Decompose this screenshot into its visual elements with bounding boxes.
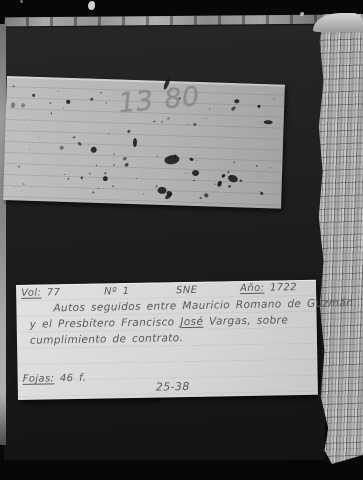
ink-speck bbox=[193, 180, 195, 182]
ink-speck bbox=[214, 184, 215, 185]
card-body-line3: cumplimiento de contrato. bbox=[30, 332, 184, 347]
card-body-line2-name: José bbox=[180, 316, 203, 328]
ink-speck bbox=[80, 176, 83, 179]
card-body-line2-post: Vargas, sobre bbox=[209, 314, 288, 327]
ink-speck bbox=[63, 108, 64, 109]
ink-speck bbox=[103, 176, 108, 181]
volume-value: 77 bbox=[47, 287, 61, 298]
number-field: Nº 1 bbox=[104, 286, 130, 297]
ink-speck bbox=[133, 138, 137, 147]
ink-speck bbox=[234, 99, 239, 103]
ink-speck bbox=[89, 172, 91, 174]
ink-speck bbox=[64, 174, 66, 176]
ink-speck bbox=[22, 184, 24, 186]
ink-speck bbox=[239, 180, 242, 182]
ink-speck bbox=[185, 172, 187, 174]
ink-speck bbox=[228, 184, 231, 187]
fojas-label: Fojas: bbox=[23, 373, 55, 385]
ink-speck bbox=[261, 192, 264, 195]
ink-speck bbox=[227, 171, 230, 174]
ink-speck bbox=[13, 85, 15, 87]
year-field: Año: 1722 bbox=[240, 282, 297, 294]
ink-speck bbox=[108, 133, 109, 134]
ink-speck bbox=[48, 102, 50, 104]
ink-speck bbox=[153, 120, 155, 122]
ink-speck bbox=[106, 102, 107, 104]
card-code: 25-38 bbox=[156, 380, 190, 394]
ink-speck bbox=[10, 102, 15, 108]
ink-speck bbox=[73, 136, 76, 139]
ink-speck bbox=[160, 120, 163, 123]
ink-speck bbox=[104, 173, 107, 176]
fojas-value: 46 f. bbox=[60, 373, 87, 384]
ink-speck bbox=[209, 109, 211, 111]
ink-speck bbox=[256, 165, 258, 167]
card-body-line1: Autos seguidos entre Mauricio Romano de … bbox=[53, 297, 353, 314]
ink-speck bbox=[32, 94, 35, 97]
ink-speck bbox=[97, 188, 99, 190]
ink-speck bbox=[113, 164, 115, 166]
ink-speck bbox=[231, 106, 236, 111]
ink-speck bbox=[88, 144, 89, 145]
ink-speck bbox=[217, 180, 223, 187]
ink-speck bbox=[92, 192, 94, 195]
ink-speck bbox=[28, 149, 30, 150]
ink-speck bbox=[204, 193, 209, 198]
page-left-edge bbox=[0, 24, 6, 445]
ink-speck bbox=[227, 174, 239, 184]
ink-speck bbox=[66, 100, 70, 104]
card-body-line2-pre: y el Presbítero Francisco bbox=[30, 316, 175, 331]
ink-speck bbox=[127, 130, 130, 134]
ink-speck bbox=[68, 178, 70, 180]
ink-speck bbox=[18, 165, 20, 167]
ink-speck bbox=[57, 90, 59, 92]
ink-speck bbox=[205, 118, 206, 120]
ink-speck bbox=[59, 145, 65, 151]
year-label: Año: bbox=[240, 283, 264, 294]
volume-label: Vol: bbox=[21, 288, 41, 299]
ink-speck bbox=[274, 99, 276, 100]
ink-speck bbox=[14, 186, 15, 187]
ink-speck bbox=[189, 157, 194, 162]
ink-speck bbox=[233, 161, 235, 163]
volume-field: Vol: 77 bbox=[21, 287, 60, 299]
ink-speck bbox=[139, 93, 140, 94]
ink-speck bbox=[196, 160, 197, 161]
ink-speck bbox=[124, 163, 129, 167]
archive-photo: 13 80 Vol: 77 Nº 1 SNE Año: 1722 Autos s… bbox=[0, 0, 363, 480]
ink-speck bbox=[221, 174, 226, 179]
fojas-field: Fojas: 46 f. bbox=[23, 373, 87, 385]
ink-speck bbox=[157, 156, 158, 157]
ink-speck bbox=[50, 113, 51, 115]
ink-speck bbox=[143, 193, 144, 194]
ink-speck bbox=[123, 157, 128, 161]
ink-speck bbox=[20, 103, 26, 109]
ink-speck bbox=[26, 127, 28, 129]
year-value: 1722 bbox=[270, 282, 297, 293]
number-label: Nº bbox=[104, 286, 117, 297]
ink-speck bbox=[113, 153, 115, 155]
index-card: Vol: 77 Nº 1 SNE Año: 1722 Autos seguido… bbox=[16, 280, 318, 400]
top-paper-fragment: 13 80 bbox=[3, 76, 285, 209]
ink-speck bbox=[91, 147, 97, 153]
ink-speck bbox=[155, 184, 158, 187]
ink-speck bbox=[90, 98, 93, 101]
ink-speck bbox=[37, 137, 39, 139]
ink-speck bbox=[96, 165, 97, 166]
ink-speck bbox=[192, 170, 199, 176]
fragment-handwritten-number: 13 80 bbox=[117, 81, 201, 119]
ink-speck bbox=[194, 123, 198, 127]
ink-speck bbox=[270, 168, 271, 169]
ink-speck bbox=[101, 92, 103, 93]
ink-speck bbox=[136, 178, 137, 179]
ink-speck bbox=[256, 104, 261, 109]
ink-speck bbox=[200, 197, 202, 199]
ink-speck bbox=[78, 141, 82, 146]
dust-speck bbox=[88, 1, 95, 10]
card-body-line2: y el Presbítero Francisco José Vargas, s… bbox=[30, 314, 289, 331]
ink-speck bbox=[264, 120, 273, 124]
dust-speck bbox=[20, 0, 23, 3]
ink-speck bbox=[112, 185, 114, 187]
section-field: SNE bbox=[176, 285, 198, 296]
dust-speck bbox=[300, 12, 304, 16]
ink-speck bbox=[167, 117, 170, 120]
ink-speck bbox=[164, 154, 180, 165]
number-value: 1 bbox=[123, 286, 130, 297]
ink-speck bbox=[188, 123, 189, 124]
